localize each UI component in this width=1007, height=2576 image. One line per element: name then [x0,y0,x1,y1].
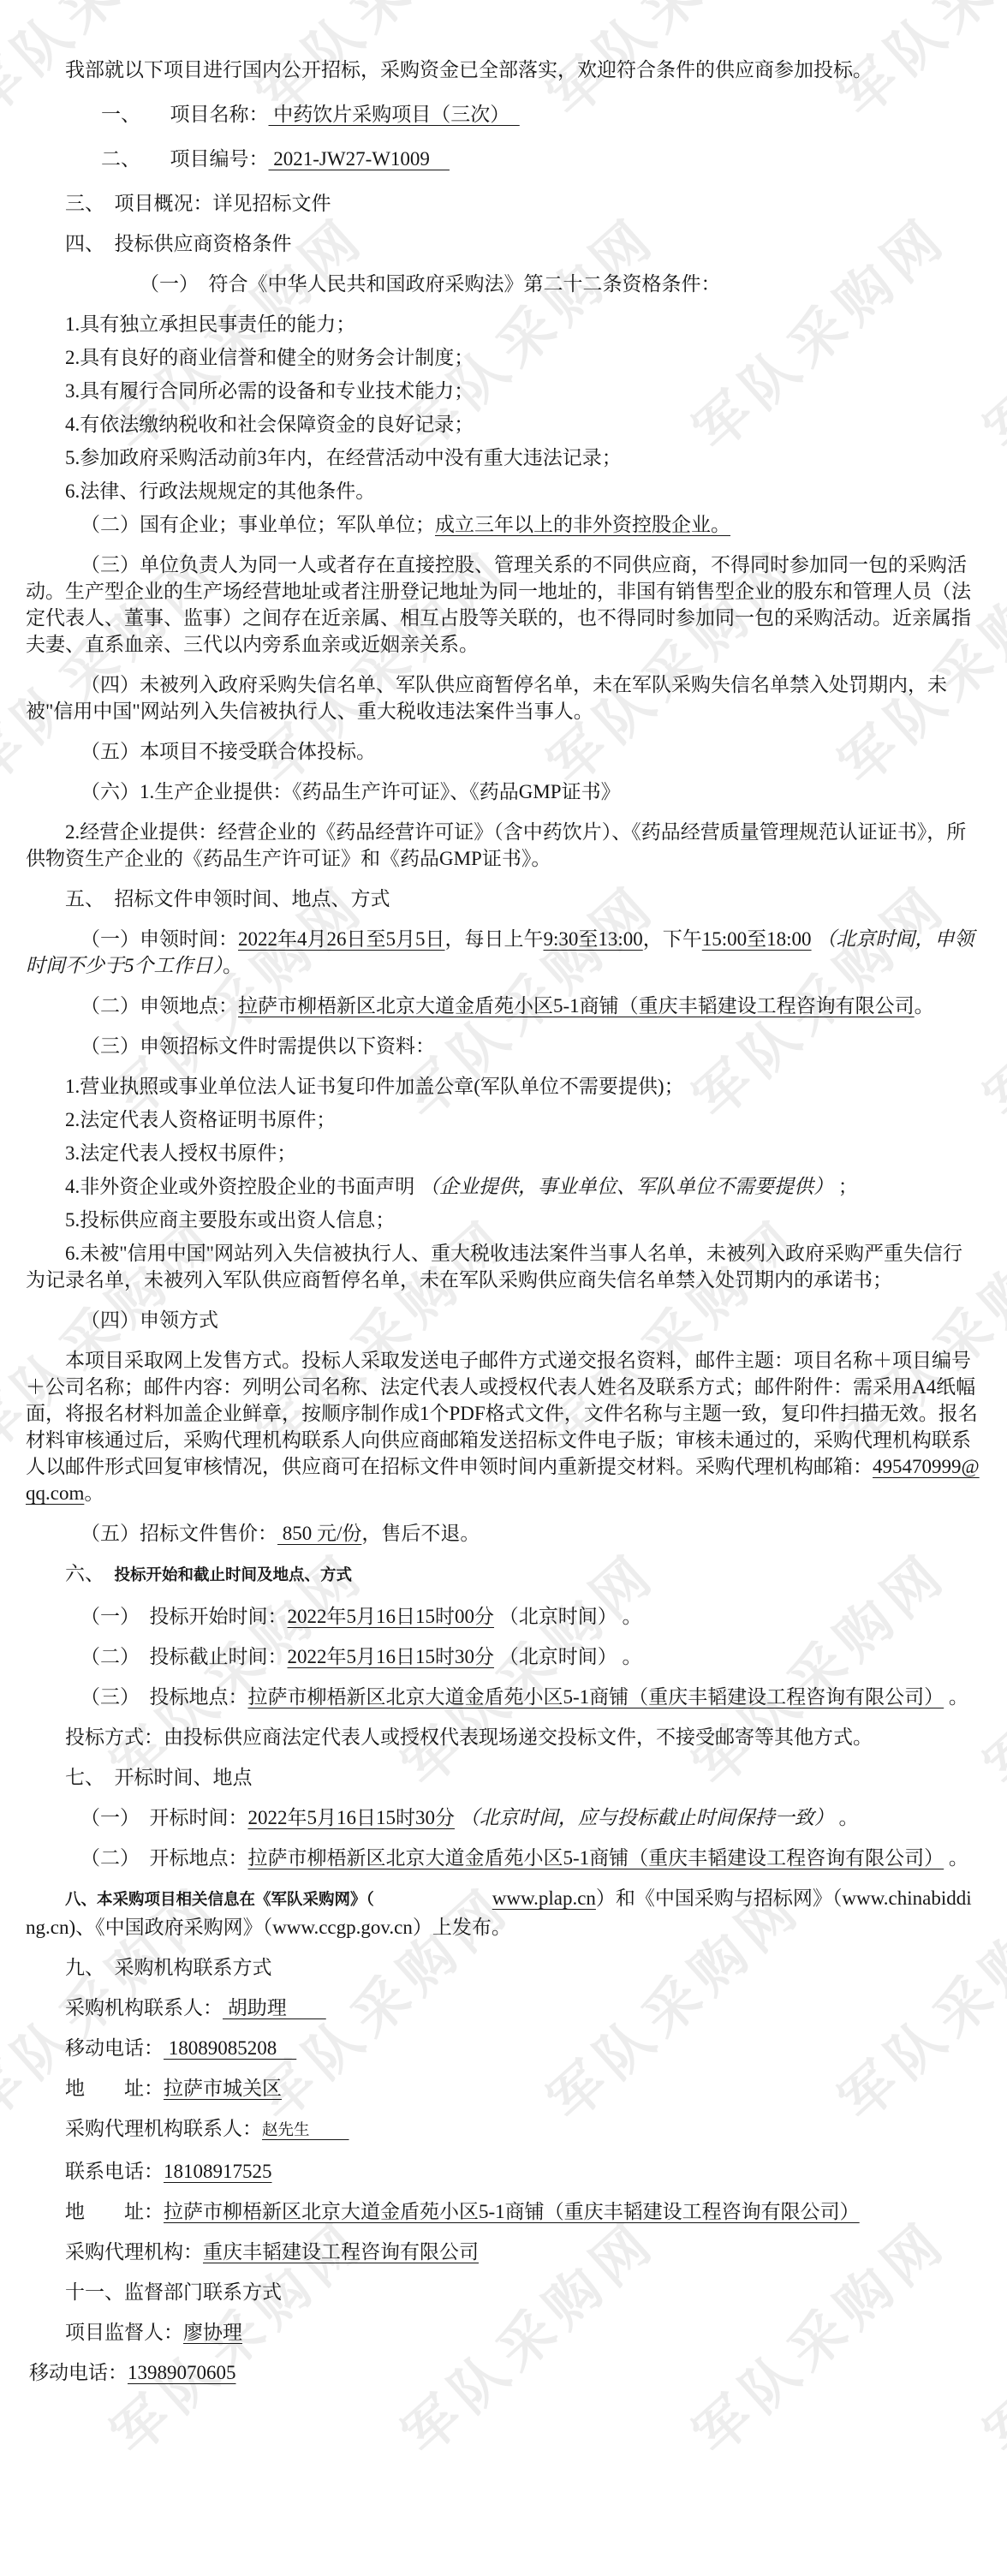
section-7-heading: 七、 开标时间、地点 [26,1764,981,1791]
text-segment: 我部就以下项目进行国内公开招标，采购资金已全部落实，欢迎符合条件的供应商参加投标… [65,59,873,80]
paragraph: 2.法定代表人资格证明书原件； [26,1106,981,1133]
text-segment: 移动电话： [65,2037,164,2059]
text-segment: 采购机构联系人： [65,1997,223,2018]
section-4-heading: 四、 投标供应商资格条件 [26,230,981,257]
text-segment: 2022年5月16日15时00分 [288,1606,495,1627]
text-segment: 六、 [65,1563,115,1584]
document-body: 我部就以下项目进行国内公开招标，采购资金已全部落实，欢迎符合条件的供应商参加投标… [0,0,1007,2386]
paragraph: 3.法定代表人授权书原件； [26,1140,981,1166]
text-segment: 三、 项目概况：详见招标文件 [65,193,331,214]
bid-method-line: 投标方式：由投标供应商法定代表人或授权代表现场递交投标文件，不接受邮寄等其他方式… [26,1724,981,1750]
project-name-line: 一、 项目名称： 中药饮片采购项目（三次） [26,101,981,128]
proxy-phone-line: 联系电话：18108917525 [26,2158,981,2185]
text-segment: 2022年5月16日15时30分 [248,1807,456,1828]
text-segment: 采购代理机构： [65,2241,203,2263]
section-6-heading: 六、 投标开始和截止时间及地点、方式 [26,1560,981,1589]
text-segment: 3.法定代表人授权书原件； [65,1142,296,1164]
text-segment: 1.具有独立承担民事责任的能力； [65,313,355,335]
text-segment: （二）国有企业；事业单位；军队单位； [80,514,435,535]
text-segment: 15:00至18:00 [702,928,812,950]
text-segment: 胡助理 [223,1997,326,2018]
text-segment: 。 [915,995,934,1017]
text-segment: 一、 项目名称： [101,104,269,125]
text-segment: （一） 投标开始时间： [80,1606,288,1627]
text-segment: ，售后不退。 [361,1523,480,1544]
text-segment: 拉萨市柳梧新区北京大道金盾苑小区5-1商铺（重庆丰韬建设工程咨询有限公司） [248,1847,944,1869]
section-4-item-1: （一） 符合《中华人民共和国政府采购法》第二十二条资格条件： [26,271,981,297]
text-segment: 拉萨市柳梧新区北京大道金盾苑小区5-1商铺（重庆丰韬建设工程咨询有限公司 [238,995,915,1017]
document-page: 军队采购网军队采购网军队采购网军队采购网军队采购网军队采购网军队采购网军队采购网… [0,0,1007,2576]
text-segment: 2.具有良好的商业信誉和健全的财务会计制度； [65,347,474,368]
text-segment: 9:30至13:00 [544,928,643,950]
text-segment: 本项目采取网上发售方式。投标人采取发送电子邮件方式递交报名资料，邮件主题：项目名… [26,1350,978,1477]
text-segment: ，下午 [643,928,702,950]
section-5-heading: 五、 招标文件申领时间、地点、方式 [26,885,981,912]
intro-paragraph: 我部就以下项目进行国内公开招标，采购资金已全部落实，欢迎符合条件的供应商参加投标… [26,57,981,83]
section-9-heading: 九、 采购机构联系方式 [26,1954,981,1981]
text-segment: 850 元/份 [277,1523,361,1544]
text-segment: 廖协理 [183,2322,242,2343]
text-segment: 2022年5月16日15时30分 [288,1646,495,1667]
section-5-item-1: （一）申领时间：2022年4月26日至5月5日，每日上午9:30至13:00，下… [26,926,981,979]
text-segment: （一） 开标时间： [80,1807,248,1828]
text-segment: 2.经营企业提供：经营企业的《药品经营许可证》（含中药饮片）、《药品经营质量管理… [26,821,966,869]
section-4-item-2: （二）国有企业；事业单位；军队单位；成立三年以上的非外资控股企业。 [26,511,981,538]
text-segment: （企业提供，事业单位、军队单位不需要提供） [414,1176,838,1197]
text-segment: 七、 开标时间、地点 [65,1767,253,1788]
text-segment: 中药饮片采购项目（三次） [269,104,520,125]
text-segment: 。 [944,1847,968,1869]
text-segment: 赵先生 [262,2122,310,2139]
paragraph: 2.经营企业提供：经营企业的《药品经营许可证》（含中药饮片）、《药品经营质量管理… [26,819,981,872]
text-segment: ，每日上午 [445,928,544,950]
text-segment: 拉萨市城关区 [164,2078,282,2099]
paragraph: 6.法律、行政法规规定的其他条件。 [26,478,981,504]
text-segment: 18108917525 [164,2161,272,2182]
text-segment: 。 [839,1807,859,1828]
text-segment: 5.参加政府采购活动前3年内，在经营活动中没有重大违法记录； [65,447,622,468]
paragraph: 3.具有履行合同所必需的设备和专业技术能力； [26,378,981,404]
text-segment: （北京时间） 。 [494,1606,642,1627]
text-segment: （三）申领招标文件时需提供以下资料： [80,1035,435,1057]
text-segment: 八、本采购项目相关信息在《军队采购网》（ [65,1892,374,1909]
text-segment: 项目监督人： [65,2322,183,2343]
text-segment [310,2118,349,2139]
text-segment: 5.投标供应商主要股东或出资人信息； [65,1209,395,1231]
text-segment: 二、 项目编号： [101,148,269,170]
text-segment: www.plap.cn [492,1887,596,1909]
section-4-item-5: （五）本项目不接受联合体投标。 [26,738,981,765]
section-5-item-3: （三）申领招标文件时需提供以下资料： [26,1033,981,1059]
section-5-item-4: （四）申领方式 [26,1307,981,1333]
agency-mobile-line: 移动电话： 18089085208 [26,2035,981,2061]
text-segment: 重庆丰韬建设工程咨询有限公司 [203,2241,479,2263]
section-7-item-1: （一） 开标时间：2022年5月16日15时30分 （北京时间，应与投标截止时间… [26,1804,981,1831]
text-segment [374,1887,492,1909]
text-segment: （北京时间） 。 [494,1646,642,1667]
text-segment: （三） 投标地点： [80,1686,248,1708]
paragraph: 4.非外资企业或外资控股企业的书面声明 （企业提供，事业单位、军队单位不需要提供… [26,1173,981,1200]
text-segment: 投标方式：由投标供应商法定代表人或授权代表现场递交投标文件，不接受邮寄等其他方式… [65,1726,873,1748]
section-6-item-1: （一） 投标开始时间：2022年5月16日15时00分 （北京时间） 。 [26,1603,981,1630]
proxy-address-line: 地 址：拉萨市柳梧新区北京大道金盾苑小区5-1商铺（重庆丰韬建设工程咨询有限公司… [26,2198,981,2225]
supervisor-line: 项目监督人：廖协理 [26,2319,981,2346]
text-segment: 1.营业执照或事业单位法人证书复印件加盖公章(军队单位不需要提供)； [65,1076,684,1097]
supervisor-mobile-line: 移动电话：13989070605 [26,2359,981,2386]
section-7-item-2: （二） 开标地点：拉萨市柳梧新区北京大道金盾苑小区5-1商铺（重庆丰韬建设工程咨… [26,1845,981,1871]
paragraph: 4.有依法缴纳税收和社会保障资金的良好记录； [26,411,981,438]
proxy-agency-line: 采购代理机构：重庆丰韬建设工程咨询有限公司 [26,2239,981,2265]
text-segment: 地 址： [65,2078,164,2099]
text-segment: 2022年4月26日至5月5日 [238,928,445,950]
text-segment: （六）1.生产企业提供：《药品生产许可证》、《药品GMP证书》 [80,781,621,802]
paragraph: 本项目采取网上发售方式。投标人采取发送电子邮件方式递交报名资料，邮件主题：项目名… [26,1347,981,1506]
section-4-item-3: （三）单位负责人为同一人或者存在直接控股、管理关系的不同供应商，不得同时参加同一… [26,552,981,658]
text-segment: 3.具有履行合同所必需的设备和专业技术能力； [65,380,474,402]
text-segment: （五）本项目不接受联合体投标。 [80,741,376,762]
paragraph: 5.投标供应商主要股东或出资人信息； [26,1207,981,1233]
section-5-item-5: （五）招标文件售价： 850 元/份，售后不退。 [26,1520,981,1547]
text-segment: 九、 采购机构联系方式 [65,1957,272,1978]
text-segment: 13989070605 [128,2362,236,2383]
text-segment: 十一、监督部门联系方式 [65,2281,282,2303]
text-segment: 4.非外资企业或外资控股企业的书面声明 [65,1176,414,1197]
text-segment: （四）申领方式 [80,1309,218,1331]
text-segment: （三）单位负责人为同一人或者存在直接控股、管理关系的不同供应商，不得同时参加同一… [26,554,971,655]
text-segment: 4.有依法缴纳税收和社会保障资金的良好记录； [65,414,474,435]
text-segment: 联系电话： [65,2161,164,2182]
text-segment: 成立三年以上的非外资控股企业。 [435,514,730,535]
agency-address-line: 地 址：拉萨市城关区 [26,2075,981,2102]
text-segment: 2.法定代表人资格证明书原件； [65,1109,336,1130]
text-segment: 6.法律、行政法规规定的其他条件。 [65,480,375,502]
text-segment: 投标开始和截止时间及地点、方式 [115,1567,353,1584]
text-segment: 。 [84,1482,104,1504]
paragraph: 6.未被"信用中国"网站列入失信被执行人、重大税收违法案件当事人名单，未被列入政… [26,1240,981,1293]
text-segment: （四）未被列入政府采购失信名单、军队供应商暂停名单，未在军队采购失信名单禁入处罚… [26,674,947,722]
paragraph: 2.具有良好的商业信誉和健全的财务会计制度； [26,344,981,371]
text-segment: 18089085208 [164,2037,296,2059]
section-4-item-4: （四）未被列入政府采购失信名单、军队供应商暂停名单，未在军队采购失信名单禁入处罚… [26,671,981,724]
paragraph: 5.参加政府采购活动前3年内，在经营活动中没有重大违法记录； [26,444,981,471]
text-segment: ； [838,1176,858,1197]
text-segment: 地 址： [65,2201,164,2222]
text-segment: 采购代理机构联系人： [65,2118,262,2139]
text-segment: 2021-JW27-W1009 [269,148,450,170]
text-segment: 拉萨市柳梧新区北京大道金盾苑小区5-1商铺（重庆丰韬建设工程咨询有限公司） [248,1686,944,1708]
paragraph: 1.营业执照或事业单位法人证书复印件加盖公章(军队单位不需要提供)； [26,1073,981,1100]
text-segment: （一）申领时间： [80,928,238,950]
section-5-item-2: （二）申领地点：拉萨市柳梧新区北京大道金盾苑小区5-1商铺（重庆丰韬建设工程咨询… [26,993,981,1019]
text-segment: （一） 符合《中华人民共和国政府采购法》第二十二条资格条件： [140,273,721,295]
text-segment: （二） 开标地点： [80,1847,248,1869]
section-11-heading: 十一、监督部门联系方式 [26,2279,981,2305]
text-segment: （五）招标文件售价： [80,1523,277,1544]
text-segment: （二） 投标截止时间： [80,1646,288,1667]
text-segment: （二）申领地点： [80,995,238,1017]
project-overview-line: 三、 项目概况：详见招标文件 [26,190,981,217]
project-number-line: 二、 项目编号： 2021-JW27-W1009 [26,146,981,172]
section-4-item-6: （六）1.生产企业提供：《药品生产许可证》、《药品GMP证书》 [26,778,981,805]
text-segment: 拉萨市柳梧新区北京大道金盾苑小区5-1商铺（重庆丰韬建设工程咨询有限公司） [164,2201,860,2222]
agency-contact-line: 采购机构联系人： 胡助理 [26,1995,981,2021]
text-segment: 。 [223,955,242,976]
text-segment: 。 [944,1686,968,1708]
paragraph: 1.具有独立承担民事责任的能力； [26,311,981,337]
text-segment: 四、 投标供应商资格条件 [65,233,292,254]
section-6-item-2: （二） 投标截止时间：2022年5月16日15时30分 （北京时间） 。 [26,1643,981,1670]
text-segment: （北京时间，应与投标截止时间保持一致） [455,1807,839,1828]
section-8-line: 八、本采购项目相关信息在《军队采购网》（ www.plap.cn）和《中国采购与… [26,1885,981,1941]
text-segment: 移动电话： [29,2362,128,2383]
section-6-item-3: （三） 投标地点：拉萨市柳梧新区北京大道金盾苑小区5-1商铺（重庆丰韬建设工程咨… [26,1684,981,1710]
text-segment: 五、 招标文件申领时间、地点、方式 [65,888,390,909]
proxy-contact-line: 采购代理机构联系人：赵先生 [26,2115,981,2144]
text-segment: 6.未被"信用中国"网站列入失信被执行人、重大税收违法案件当事人名单，未被列入政… [26,1243,962,1291]
